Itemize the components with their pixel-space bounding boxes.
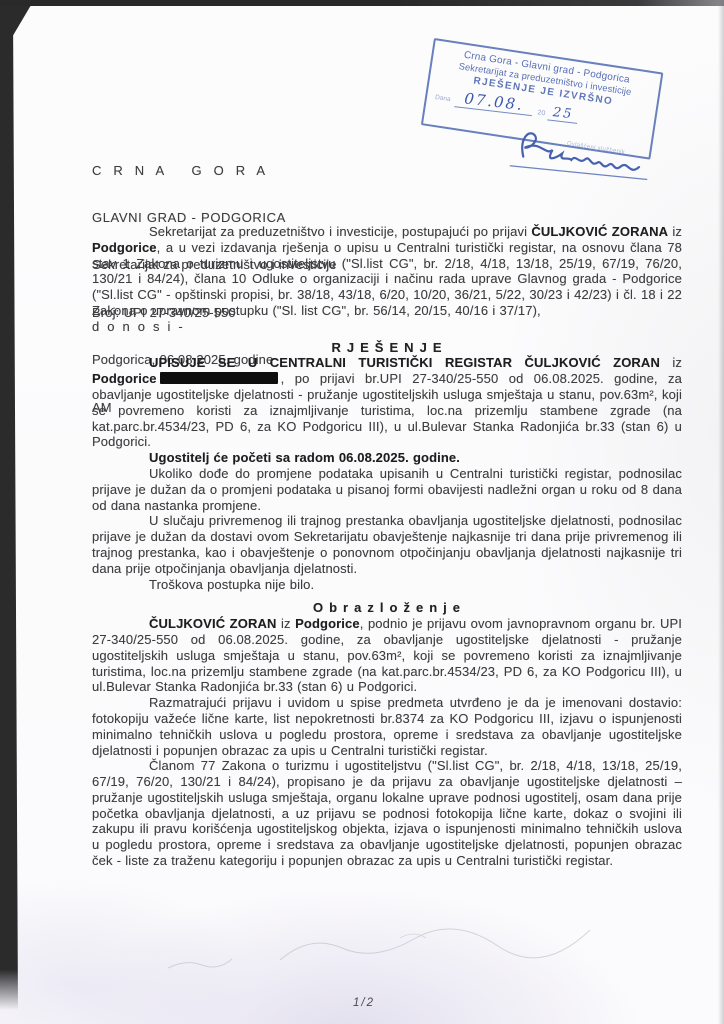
decision-city: Podgorice	[92, 371, 157, 386]
decision-paragraph: UPISUJE SE U CENTRALNI TURISTIČKI REGIST…	[92, 355, 682, 450]
donosi-line: d o n o s i -	[92, 319, 682, 335]
applicant-name: ČULJKOVIĆ ZORANA	[531, 224, 668, 239]
decision-operative-text: UPISUJE SE U CENTRALNI TURISTIČKI REGIST…	[149, 355, 660, 370]
pencil-scribble	[150, 918, 630, 978]
resenje-heading: R J E Š E N J E	[92, 340, 682, 356]
costs-line: Troškova postupka nije bilo.	[92, 577, 682, 593]
start-date-text: Ugostitelj će početi sa radom 06.08.2025…	[149, 450, 460, 465]
cessation-notice-paragraph: U slučaju privremenog ili trajnog presta…	[92, 513, 682, 576]
decision-iz: iz	[660, 355, 682, 370]
start-date-line: Ugostitelj će početi sa radom 06.08.2025…	[92, 450, 682, 466]
reasoning-paragraph-2: Razmatrajući prijavu i uvidom u spise pr…	[92, 695, 682, 758]
reasoning-city: Podgorice	[295, 616, 360, 631]
document-body: Sekretarijat za preduzetništvo i investi…	[92, 224, 682, 869]
applicant-city: Podgorice	[92, 240, 157, 255]
intro-paragraph: Sekretarijat za preduzetništvo i investi…	[92, 224, 682, 335]
obrazlozenje-heading: O b r a z l o ž e n j e	[92, 600, 682, 616]
scan-corner-artifact	[0, 0, 34, 46]
stamp-date-label: Dana	[434, 94, 451, 105]
scan-edge-top	[0, 0, 724, 6]
executory-stamp: Crna Gora - Glavni grad - Podgorica Sekr…	[421, 38, 664, 160]
change-notice-paragraph: Ukoliko dođe do promjene podataka upisan…	[92, 466, 682, 513]
page-number: 1/2	[353, 997, 375, 1009]
scanned-document-page: Crna Gora - Glavni grad - Podgorica Sekr…	[0, 0, 724, 1024]
letterhead-country: C R N A G O R A	[92, 163, 337, 179]
scan-edge-right	[718, 0, 724, 1024]
reasoning-iz: iz	[277, 616, 296, 631]
intro-legal-basis: , a u vezi izdavanja rješenja o upisu u …	[92, 240, 682, 318]
reasoning-paragraph-3: Članom 77 Zakona o turizmu i ugostiteljs…	[92, 758, 682, 869]
reasoning-paragraph-1: ČULJKOVIĆ ZORAN iz Podgorice, podnio je …	[92, 616, 682, 695]
intro-lead: Sekretarijat za preduzetništvo i investi…	[149, 224, 531, 239]
reasoning-applicant-name: ČULJKOVIĆ ZORAN	[149, 616, 277, 631]
intro-iz: iz	[668, 224, 682, 239]
stamp-handwritten-year: 25	[548, 105, 580, 124]
redacted-personal-data	[160, 372, 278, 384]
scan-edge-left	[0, 0, 18, 1010]
stamp-year-prefix: 20	[537, 109, 546, 117]
